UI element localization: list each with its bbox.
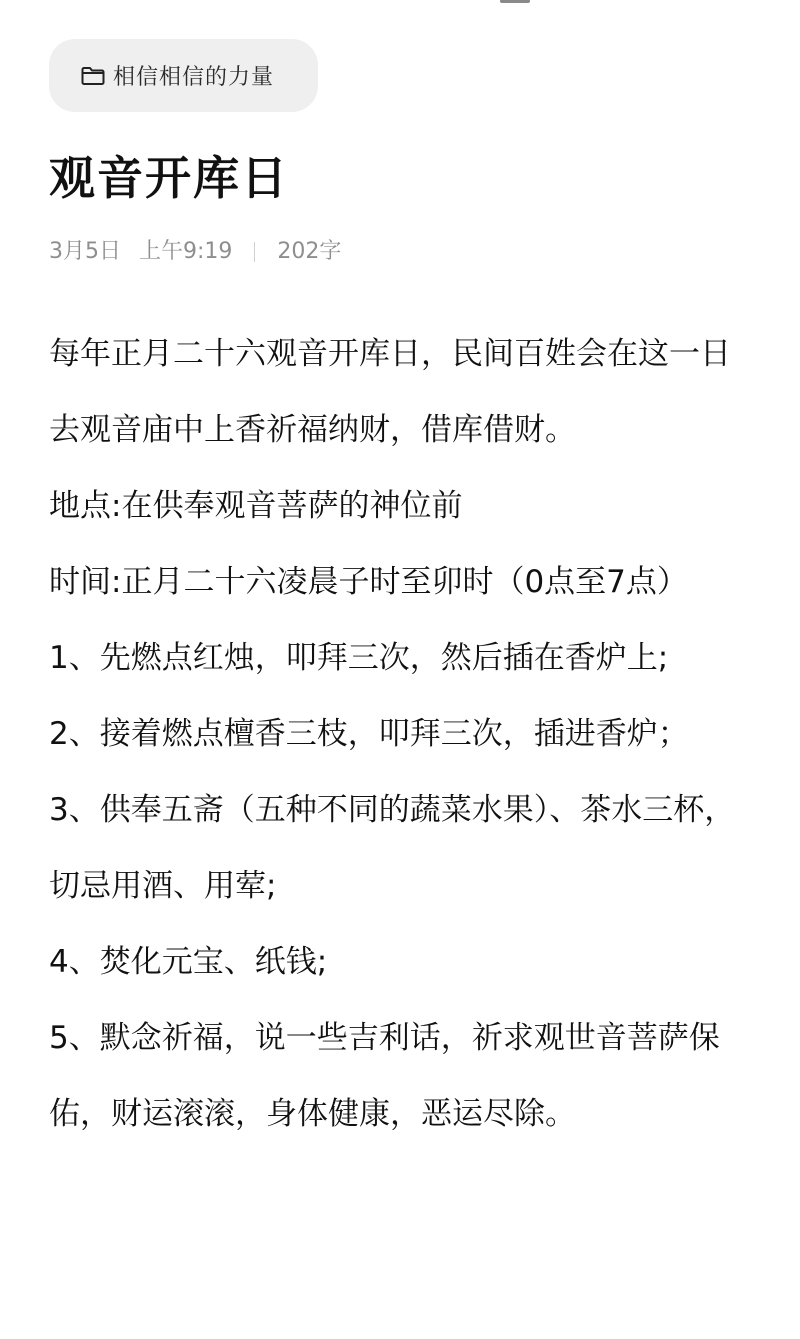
note-date: 3月5日 <box>49 236 121 268</box>
top-drag-handle[interactable] <box>500 0 530 3</box>
paragraph-location: 地点:在供奉观音菩萨的神位前 <box>49 468 749 544</box>
meta-divider <box>254 242 255 262</box>
note-time: 上午9:19 <box>139 236 232 268</box>
paragraph-time: 时间:正月二十六凌晨子时至卯时（0点至7点） <box>49 544 749 620</box>
word-count: 202字 <box>277 236 341 268</box>
paragraph-intro: 每年正月二十六观音开库日，民间百姓会在这一日去观音庙中上香祈福纳财，借库借财。 <box>49 316 749 468</box>
paragraph-step-5: 5、默念祈福，说一些吉利话，祈求观世音菩萨保佑，财运滚滚，身体健康，恶运尽除。 <box>49 1000 749 1152</box>
paragraph-step-2: 2、接着燃点檀香三枝，叩拜三次，插进香炉； <box>49 696 749 772</box>
paragraph-step-4: 4、焚化元宝、纸钱; <box>49 924 749 1000</box>
note-meta: 3月5日 上午9:19 202字 <box>49 236 341 268</box>
folder-name: 相信相信的力量 <box>113 60 274 91</box>
folder-chip[interactable]: 相信相信的力量 <box>49 39 318 112</box>
note-body[interactable]: 每年正月二十六观音开库日，民间百姓会在这一日去观音庙中上香祈福纳财，借库借财。 … <box>49 316 749 1152</box>
note-title[interactable]: 观音开库日 <box>49 148 289 208</box>
paragraph-step-1: 1、先燃点红烛，叩拜三次，然后插在香炉上; <box>49 620 749 696</box>
paragraph-step-3: 3、供奉五斋（五种不同的蔬菜水果）、茶水三杯，切忌用酒、用荤; <box>49 772 749 924</box>
folder-icon <box>81 66 105 86</box>
